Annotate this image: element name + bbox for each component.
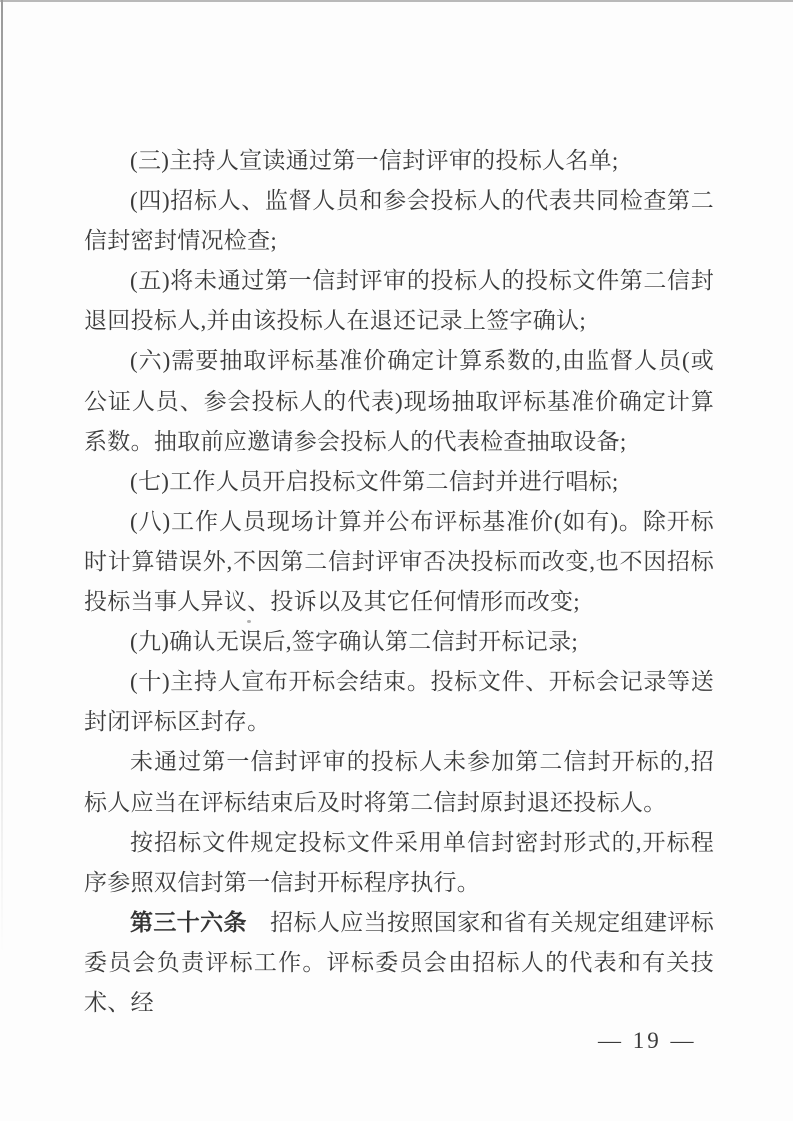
page-number: — 19 — — [598, 1028, 688, 1054]
scanned-document-page: (三)主持人宣读通过第一信封评审的投标人名单; (四)招标人、监督人员和参会投标… — [0, 0, 793, 1121]
paragraph-item-6: (六)需要抽取评标基准价确定计算系数的,由监督人员(或公证人员、参会投标人的代表… — [84, 341, 714, 461]
paragraph-item-8: (八)工作人员现场计算并公布评标基准价(如有)。除开标时计算错误外,不因第二信封… — [84, 502, 714, 622]
scan-edge-top — [0, 0, 793, 2]
article-36-term: 第三十六条 — [130, 910, 247, 935]
paragraph-item-10: (十)主持人宣布开标会结束。投标文件、开标会记录等送封闭评标区封存。 — [84, 662, 714, 742]
paragraph-item-4: (四)招标人、监督人员和参会投标人的代表共同检查第二信封密封情况检查; — [84, 181, 714, 261]
paragraph-item-9: (九)确认无误后,签字确认第二信封开标记录; — [84, 622, 714, 662]
document-body: (三)主持人宣读通过第一信封评审的投标人名单; (四)招标人、监督人员和参会投标… — [84, 141, 714, 1023]
paragraph-return-rule: 未通过第一信封评审的投标人未参加第二信封开标的,招标人应当在评标结束后及时将第二… — [84, 742, 714, 822]
paragraph-item-3: (三)主持人宣读通过第一信封评审的投标人名单; — [84, 141, 714, 181]
paragraph-item-5: (五)将未通过第一信封评审的投标人的投标文件第二信封退回投标人,并由该投标人在退… — [84, 261, 714, 341]
paragraph-article-36: 第三十六条 招标人应当按照国家和省有关规定组建评标委员会负责评标工作。评标委员会… — [84, 903, 714, 1023]
scan-edge-left — [1, 0, 3, 1121]
paragraph-item-7: (七)工作人员开启投标文件第二信封并进行唱标; — [84, 462, 714, 502]
paragraph-single-envelope: 按招标文件规定投标文件采用单信封密封形式的,开标程序参照双信封第一信封开标程序执… — [84, 823, 714, 903]
